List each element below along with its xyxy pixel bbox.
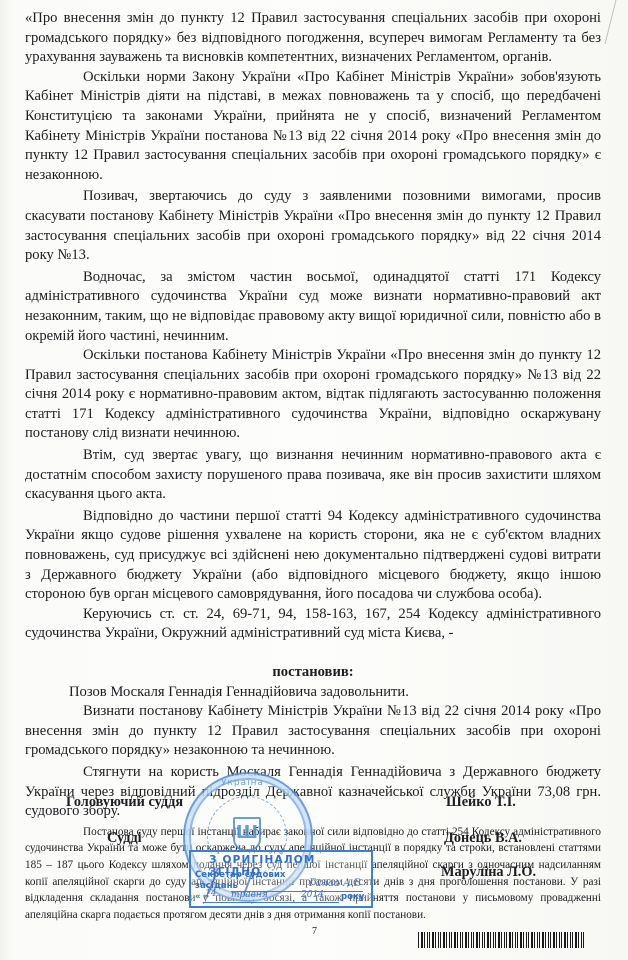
stamp-rule	[231, 891, 363, 892]
document-body: «Про внесення змін до пункту 12 Правил з…	[25, 9, 601, 923]
paragraph: Позивач, звертаючись до суду з заявленим…	[25, 187, 601, 265]
paragraph: Водночас, за змістом частин восьмої, оди…	[25, 268, 601, 346]
stamp-year-label: року	[341, 892, 365, 902]
ruling-item: Позов Москаля Геннадія Геннадійовича зад…	[25, 683, 601, 703]
judge-name: Маруліна Л.О.	[441, 864, 536, 881]
barcode	[418, 932, 586, 948]
page-number: 7	[312, 926, 317, 937]
paragraph: Керуючись ст. ст. 24, 69-71, 94, 158-163…	[25, 605, 601, 644]
paragraph: «Про внесення змін до пункту 12 Правил з…	[25, 9, 601, 68]
ruling-heading: постановив:	[25, 663, 601, 683]
presiding-judge-label: Головуючий суддя	[66, 794, 183, 811]
paragraph: Втім, суд звертає увагу, що визнання неч…	[25, 446, 601, 505]
judge-name: Донець В.А.	[444, 830, 522, 847]
judges-label: Судді	[107, 830, 142, 847]
document-page: «Про внесення змін до пункту 12 Правил з…	[0, 0, 628, 960]
trident-emblem-icon: Ш	[233, 817, 261, 851]
stamp-rule	[203, 902, 339, 903]
paragraph: Відповідно до частини першої статті 94 К…	[25, 507, 601, 605]
ruling-item: Стягнути на користь Москаля Геннадія Ген…	[25, 763, 601, 822]
paragraph: Оскільки норми Закону України «Про Кабін…	[25, 68, 601, 186]
ruling-item: Визнати постанову Кабінету Міністрів Укр…	[25, 702, 601, 761]
stamp-handwritten-name: Галаа А.В	[309, 878, 361, 889]
paragraph: Оскільки постанова Кабінету Міністрів Ук…	[25, 346, 601, 444]
presiding-judge-name: Шейко Т.І.	[446, 794, 516, 811]
seal-text: Україна	[221, 778, 264, 788]
